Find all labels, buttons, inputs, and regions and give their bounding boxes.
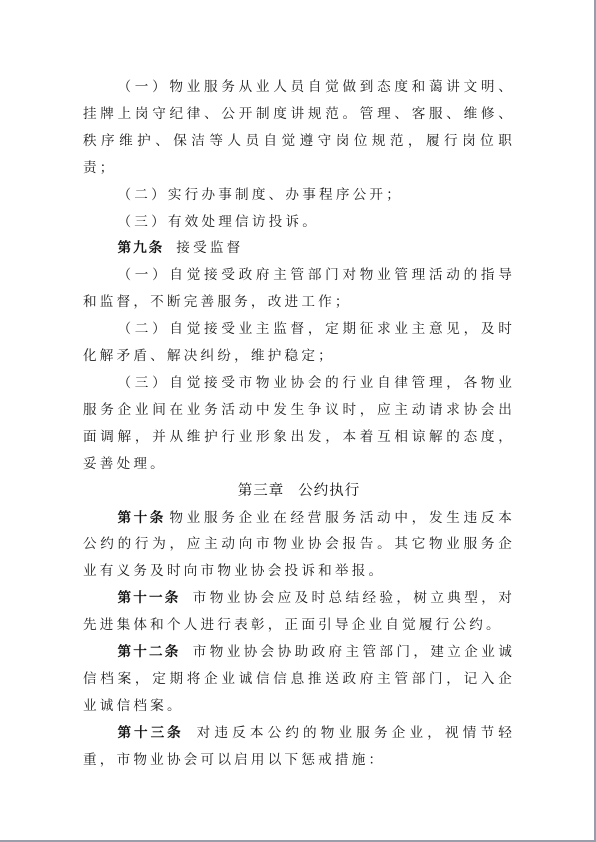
paragraph-service-staff: （一）物业服务从业人员自觉做到态度和蔼讲文明、挂牌上岗守纪律、公开制度讲规范。管…: [83, 74, 515, 182]
paragraph-open-procedures: （二）实行办事制度、办事程序公开；: [83, 182, 515, 209]
article-13-number: 第十三条: [118, 725, 184, 741]
article-9: 第九条接受监督: [83, 235, 515, 262]
article-10-number: 第十条: [118, 510, 166, 526]
article-13: 第十三条对违反本公约的物业服务企业，视情节轻重，市物业协会可以启用以下惩戒措施：: [83, 720, 515, 774]
document-page: （一）物业服务从业人员自觉做到态度和蔼讲文明、挂牌上岗守纪律、公开制度讲规范。管…: [0, 0, 596, 842]
article-9-title: 接受监督: [176, 240, 243, 256]
paragraph-association-selfdiscipline: （三）自觉接受市物业协会的行业自律管理，各物业服务企业间在业务活动中发生争议时，…: [83, 370, 515, 478]
paragraph-complaints: （三）有效处理信访投诉。: [83, 209, 515, 236]
paragraph-owner-supervision: （二）自觉接受业主监督，定期征求业主意见，及时化解矛盾、解决纠纷，维护稳定；: [83, 316, 515, 370]
chapter-title: 公约执行: [298, 483, 360, 499]
paragraph-gov-supervision: （一）自觉接受政府主管部门对物业管理活动的指导和监督，不断完善服务，改进工作；: [83, 262, 515, 316]
article-12: 第十二条市物业协会协助政府主管部门，建立企业诚信档案，定期将企业诚信信息推送政府…: [83, 639, 515, 720]
article-10: 第十条物业服务企业在经营服务活动中，发生违反本公约的行为，应主动向市物业协会报告…: [83, 505, 515, 586]
chapter-number: 第三章: [238, 483, 285, 499]
chapter-heading: 第三章公约执行: [83, 478, 515, 505]
article-11: 第十一条市物业协会应及时总结经验，树立典型，对先进集体和个人进行表彰，正面引导企…: [83, 585, 515, 639]
article-9-number: 第九条: [118, 240, 165, 256]
article-11-number: 第十一条: [118, 590, 181, 606]
article-12-number: 第十二条: [118, 644, 181, 660]
document-body: （一）物业服务从业人员自觉做到态度和蔼讲文明、挂牌上岗守纪律、公开制度讲规范。管…: [83, 74, 515, 774]
